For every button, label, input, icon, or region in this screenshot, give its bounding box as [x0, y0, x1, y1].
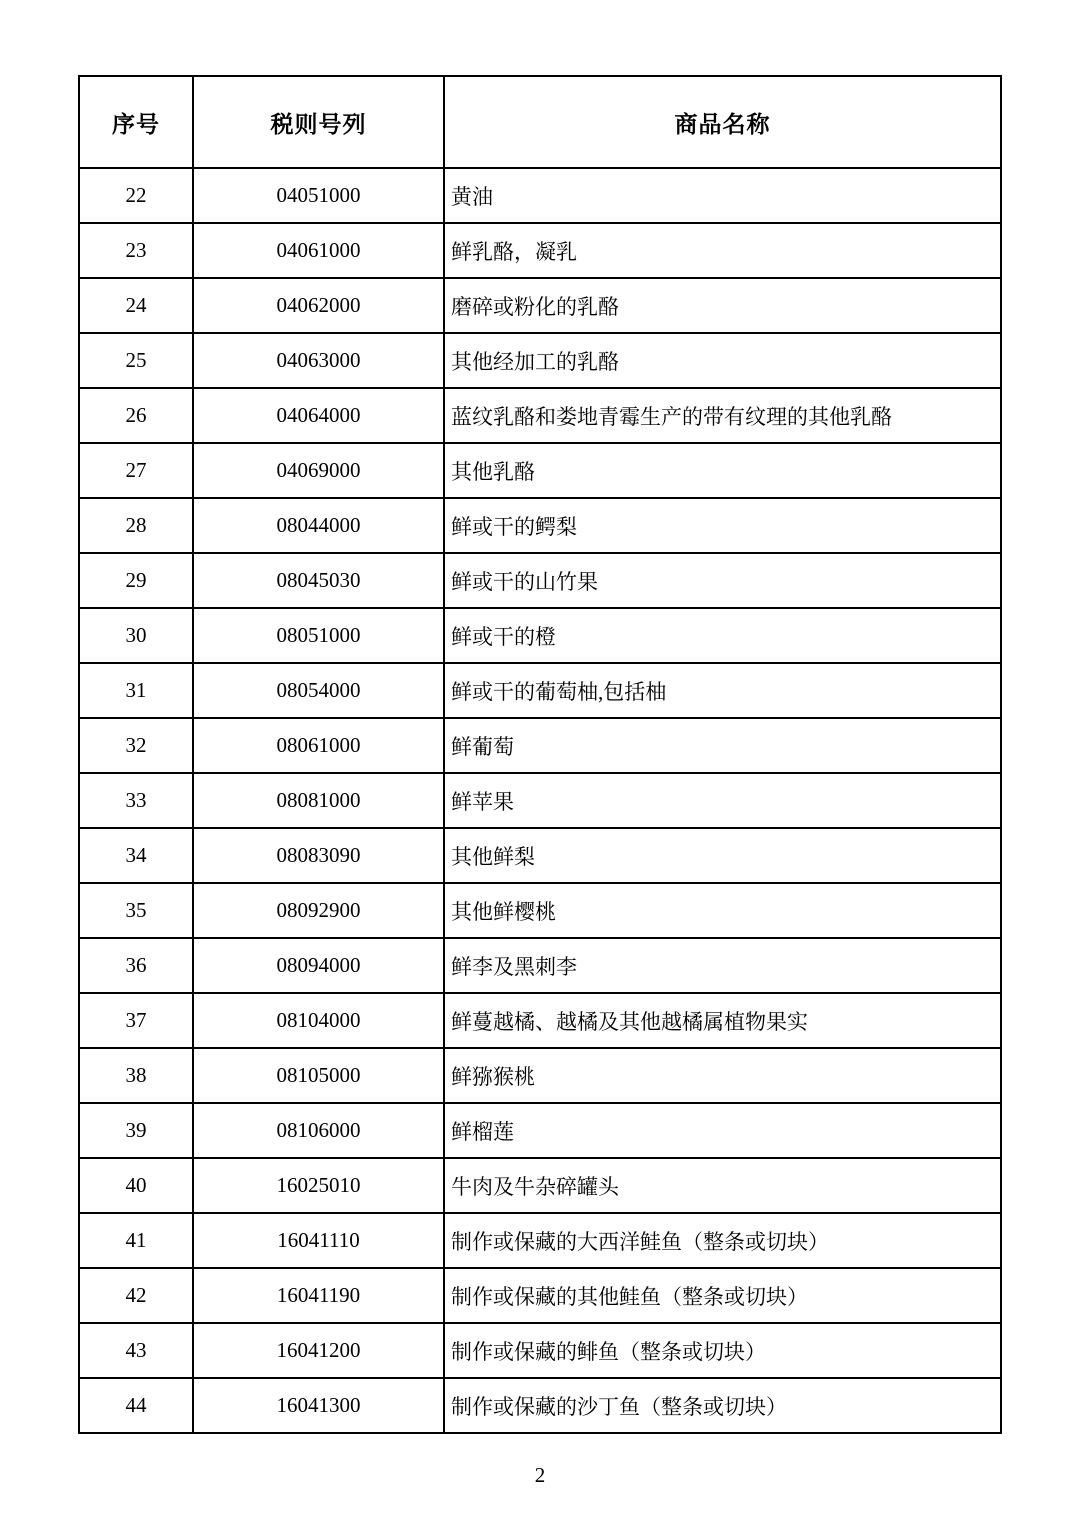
- tariff-code-cell: 16041200: [193, 1323, 444, 1378]
- table-row: 3808105000鲜猕猴桃: [79, 1048, 1001, 1103]
- product-name-cell: 制作或保藏的大西洋鲑鱼（整条或切块）: [444, 1213, 1001, 1268]
- product-name-cell: 鲜榴莲: [444, 1103, 1001, 1158]
- tariff-code-cell: 04069000: [193, 443, 444, 498]
- serial-number-cell: 26: [79, 388, 193, 443]
- serial-number-cell: 28: [79, 498, 193, 553]
- tariff-code-cell: 16025010: [193, 1158, 444, 1213]
- product-name-cell: 鲜乳酪，凝乳: [444, 223, 1001, 278]
- table-row: 2908045030鲜或干的山竹果: [79, 553, 1001, 608]
- tariff-code-cell: 04062000: [193, 278, 444, 333]
- tariff-code-cell: 08061000: [193, 718, 444, 773]
- serial-number-cell: 29: [79, 553, 193, 608]
- serial-number-cell: 43: [79, 1323, 193, 1378]
- tariff-code-cell: 04061000: [193, 223, 444, 278]
- product-name-cell: 其他乳酪: [444, 443, 1001, 498]
- table-row: 2404062000磨碎或粉化的乳酪: [79, 278, 1001, 333]
- table-body: 2204051000黄油2304061000鲜乳酪，凝乳2404062000磨碎…: [79, 168, 1001, 1433]
- serial-number-cell: 32: [79, 718, 193, 773]
- tariff-code-cell: 04063000: [193, 333, 444, 388]
- table-row: 3408083090其他鲜梨: [79, 828, 1001, 883]
- tariff-code-cell: 08045030: [193, 553, 444, 608]
- product-name-cell: 牛肉及牛杂碎罐头: [444, 1158, 1001, 1213]
- table-row: 4216041190制作或保藏的其他鲑鱼（整条或切块）: [79, 1268, 1001, 1323]
- table-row: 2704069000其他乳酪: [79, 443, 1001, 498]
- serial-number-cell: 35: [79, 883, 193, 938]
- serial-number-cell: 30: [79, 608, 193, 663]
- header-serial-number: 序号: [79, 76, 193, 168]
- product-name-cell: 制作或保藏的其他鲑鱼（整条或切块）: [444, 1268, 1001, 1323]
- table-row: 4416041300制作或保藏的沙丁鱼（整条或切块）: [79, 1378, 1001, 1433]
- product-name-cell: 鲜葡萄: [444, 718, 1001, 773]
- table-row: 3108054000鲜或干的葡萄柚,包括柚: [79, 663, 1001, 718]
- serial-number-cell: 36: [79, 938, 193, 993]
- product-name-cell: 蓝纹乳酪和娄地青霉生产的带有纹理的其他乳酪: [444, 388, 1001, 443]
- tariff-code-cell: 08081000: [193, 773, 444, 828]
- table-row: 3708104000鲜蔓越橘、越橘及其他越橘属植物果实: [79, 993, 1001, 1048]
- tariff-code-cell: 08044000: [193, 498, 444, 553]
- tariff-code-cell: 08105000: [193, 1048, 444, 1103]
- table-row: 2604064000蓝纹乳酪和娄地青霉生产的带有纹理的其他乳酪: [79, 388, 1001, 443]
- tariff-table: 序号 税则号列 商品名称 2204051000黄油2304061000鲜乳酪，凝…: [78, 75, 1002, 1434]
- table-row: 3308081000鲜苹果: [79, 773, 1001, 828]
- table-row: 3508092900其他鲜樱桃: [79, 883, 1001, 938]
- serial-number-cell: 22: [79, 168, 193, 223]
- tariff-code-cell: 08092900: [193, 883, 444, 938]
- product-name-cell: 鲜或干的葡萄柚,包括柚: [444, 663, 1001, 718]
- table-row: 3908106000鲜榴莲: [79, 1103, 1001, 1158]
- product-name-cell: 鲜或干的山竹果: [444, 553, 1001, 608]
- serial-number-cell: 38: [79, 1048, 193, 1103]
- document-page: 序号 税则号列 商品名称 2204051000黄油2304061000鲜乳酪，凝…: [0, 0, 1080, 1528]
- table-row: 2808044000鲜或干的鳄梨: [79, 498, 1001, 553]
- product-name-cell: 鲜李及黑刺李: [444, 938, 1001, 993]
- product-name-cell: 鲜猕猴桃: [444, 1048, 1001, 1103]
- serial-number-cell: 24: [79, 278, 193, 333]
- table-row: 2204051000黄油: [79, 168, 1001, 223]
- product-name-cell: 鲜蔓越橘、越橘及其他越橘属植物果实: [444, 993, 1001, 1048]
- serial-number-cell: 41: [79, 1213, 193, 1268]
- serial-number-cell: 31: [79, 663, 193, 718]
- header-product-name: 商品名称: [444, 76, 1001, 168]
- table-row: 3208061000鲜葡萄: [79, 718, 1001, 773]
- tariff-code-cell: 08106000: [193, 1103, 444, 1158]
- serial-number-cell: 37: [79, 993, 193, 1048]
- table-row: 4316041200制作或保藏的鲱鱼（整条或切块）: [79, 1323, 1001, 1378]
- tariff-code-cell: 04051000: [193, 168, 444, 223]
- tariff-code-cell: 16041190: [193, 1268, 444, 1323]
- product-name-cell: 鲜或干的橙: [444, 608, 1001, 663]
- product-name-cell: 其他经加工的乳酪: [444, 333, 1001, 388]
- serial-number-cell: 25: [79, 333, 193, 388]
- serial-number-cell: 40: [79, 1158, 193, 1213]
- table-row: 2304061000鲜乳酪，凝乳: [79, 223, 1001, 278]
- tariff-code-cell: 16041300: [193, 1378, 444, 1433]
- table-row: 3608094000鲜李及黑刺李: [79, 938, 1001, 993]
- tariff-code-cell: 08094000: [193, 938, 444, 993]
- serial-number-cell: 42: [79, 1268, 193, 1323]
- product-name-cell: 磨碎或粉化的乳酪: [444, 278, 1001, 333]
- header-tariff-code: 税则号列: [193, 76, 444, 168]
- product-name-cell: 制作或保藏的鲱鱼（整条或切块）: [444, 1323, 1001, 1378]
- product-name-cell: 制作或保藏的沙丁鱼（整条或切块）: [444, 1378, 1001, 1433]
- table-row: 3008051000鲜或干的橙: [79, 608, 1001, 663]
- serial-number-cell: 23: [79, 223, 193, 278]
- page-number: 2: [0, 1463, 1080, 1488]
- product-name-cell: 黄油: [444, 168, 1001, 223]
- serial-number-cell: 33: [79, 773, 193, 828]
- tariff-code-cell: 08051000: [193, 608, 444, 663]
- tariff-code-cell: 16041110: [193, 1213, 444, 1268]
- product-name-cell: 其他鲜樱桃: [444, 883, 1001, 938]
- tariff-code-cell: 08083090: [193, 828, 444, 883]
- product-name-cell: 其他鲜梨: [444, 828, 1001, 883]
- tariff-code-cell: 08054000: [193, 663, 444, 718]
- table-row: 2504063000其他经加工的乳酪: [79, 333, 1001, 388]
- tariff-code-cell: 04064000: [193, 388, 444, 443]
- tariff-code-cell: 08104000: [193, 993, 444, 1048]
- product-name-cell: 鲜或干的鳄梨: [444, 498, 1001, 553]
- header-row: 序号 税则号列 商品名称: [79, 76, 1001, 168]
- product-name-cell: 鲜苹果: [444, 773, 1001, 828]
- table-row: 4016025010牛肉及牛杂碎罐头: [79, 1158, 1001, 1213]
- serial-number-cell: 39: [79, 1103, 193, 1158]
- serial-number-cell: 27: [79, 443, 193, 498]
- serial-number-cell: 34: [79, 828, 193, 883]
- serial-number-cell: 44: [79, 1378, 193, 1433]
- table-row: 4116041110制作或保藏的大西洋鲑鱼（整条或切块）: [79, 1213, 1001, 1268]
